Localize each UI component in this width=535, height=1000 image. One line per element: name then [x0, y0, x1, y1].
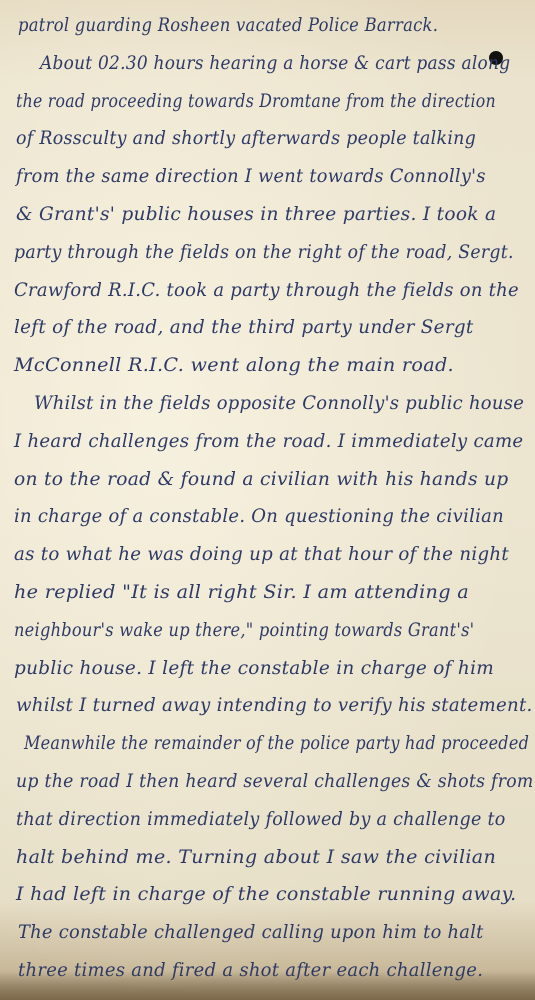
handwritten-line: he replied "It is all right Sir. I am at…: [14, 581, 469, 603]
manuscript-page: patrol guarding Rosheen vacated Police B…: [0, 0, 535, 1000]
handwritten-line: & Grant's' public houses in three partie…: [16, 203, 496, 225]
handwritten-line: neighbour's wake up there," pointing tow…: [14, 619, 474, 641]
handwritten-line: public house. I left the constable in ch…: [14, 657, 494, 679]
handwritten-line: Meanwhile the remainder of the police pa…: [24, 732, 529, 754]
page-bottom-edge: [0, 972, 535, 1000]
handwritten-line: halt behind me. Turning about I saw the …: [16, 846, 496, 868]
handwritten-line: of Rossculty and shortly afterwards peop…: [16, 127, 476, 149]
handwritten-line: the road proceeding towards Dromtane fro…: [16, 90, 496, 112]
handwritten-line: whilst I turned away intending to verify…: [16, 694, 533, 716]
handwritten-line: that direction immediately followed by a…: [16, 808, 506, 830]
handwritten-line: on to the road & found a civilian with h…: [14, 468, 509, 490]
handwritten-line: I heard challenges from the road. I imme…: [14, 430, 523, 452]
handwritten-line: About 02.30 hours hearing a horse & cart…: [40, 52, 510, 74]
handwritten-line: party through the fields on the right of…: [14, 241, 514, 263]
handwritten-line: as to what he was doing up at that hour …: [14, 543, 509, 565]
handwritten-line: Whilst in the fields opposite Connolly's…: [34, 392, 524, 414]
handwritten-line: up the road I then heard several challen…: [16, 770, 534, 792]
handwritten-line: The constable challenged calling upon hi…: [18, 921, 484, 943]
handwritten-line: I had left in charge of the constable ru…: [16, 883, 516, 905]
handwritten-line: Crawford R.I.C. took a party through the…: [14, 279, 519, 301]
handwritten-line: from the same direction I went towards C…: [16, 165, 486, 187]
handwritten-line: in charge of a constable. On questioning…: [14, 505, 504, 527]
handwritten-line: patrol guarding Rosheen vacated Police B…: [18, 14, 438, 36]
handwritten-line: left of the road, and the third party un…: [14, 316, 474, 338]
handwritten-line: McConnell R.I.C. went along the main roa…: [14, 354, 454, 376]
